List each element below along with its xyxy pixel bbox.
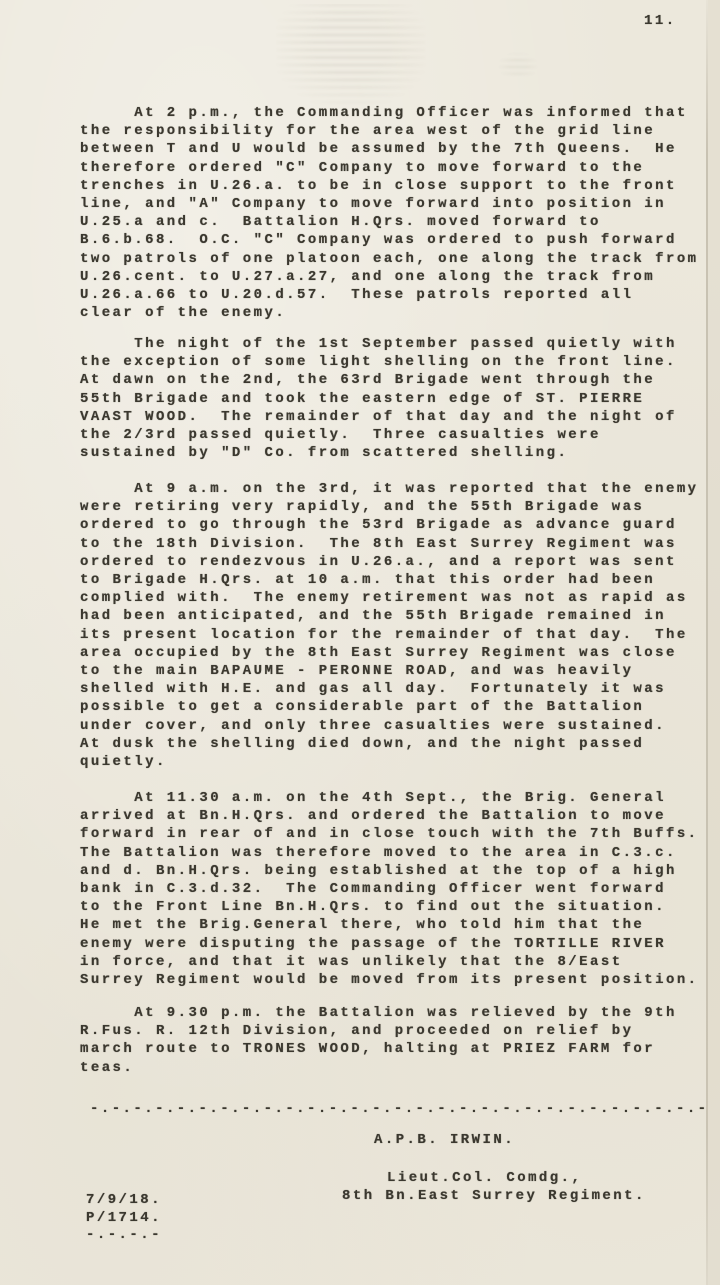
reference-number: P/1714. (86, 1209, 162, 1227)
document-page: 11. At 2 p.m., the Commanding Officer wa… (0, 0, 720, 1285)
signature-name: A.P.B. IRWIN. (374, 1131, 515, 1149)
signature-date: 7/9/18. (86, 1191, 162, 1209)
signature-rank: Lieut.Col. Comdg., (387, 1169, 582, 1187)
paragraph-2: The night of the 1st September passed qu… (80, 335, 677, 462)
paper-edge-strip (708, 0, 720, 1285)
paragraph-5: At 9.30 p.m. the Battalion was relieved … (80, 1004, 677, 1077)
separator-line: -.-.-.-.-.-.-.-.-.-.-.-.-.-.-.-.-.-.-.-.… (90, 1100, 709, 1118)
paragraph-4: At 11.30 a.m. on the 4th Sept., the Brig… (80, 789, 699, 989)
reference-underline: -.-.-.- (86, 1226, 162, 1244)
signature-unit: 8th Bn.East Surrey Regiment. (342, 1187, 646, 1205)
bleed-through-text (276, 4, 426, 106)
page-number: 11. (644, 12, 677, 30)
paragraph-3: At 9 a.m. on the 3rd, it was reported th… (80, 480, 699, 771)
bleed-through-text-small (498, 52, 538, 80)
paragraph-1: At 2 p.m., the Commanding Officer was in… (80, 104, 699, 322)
